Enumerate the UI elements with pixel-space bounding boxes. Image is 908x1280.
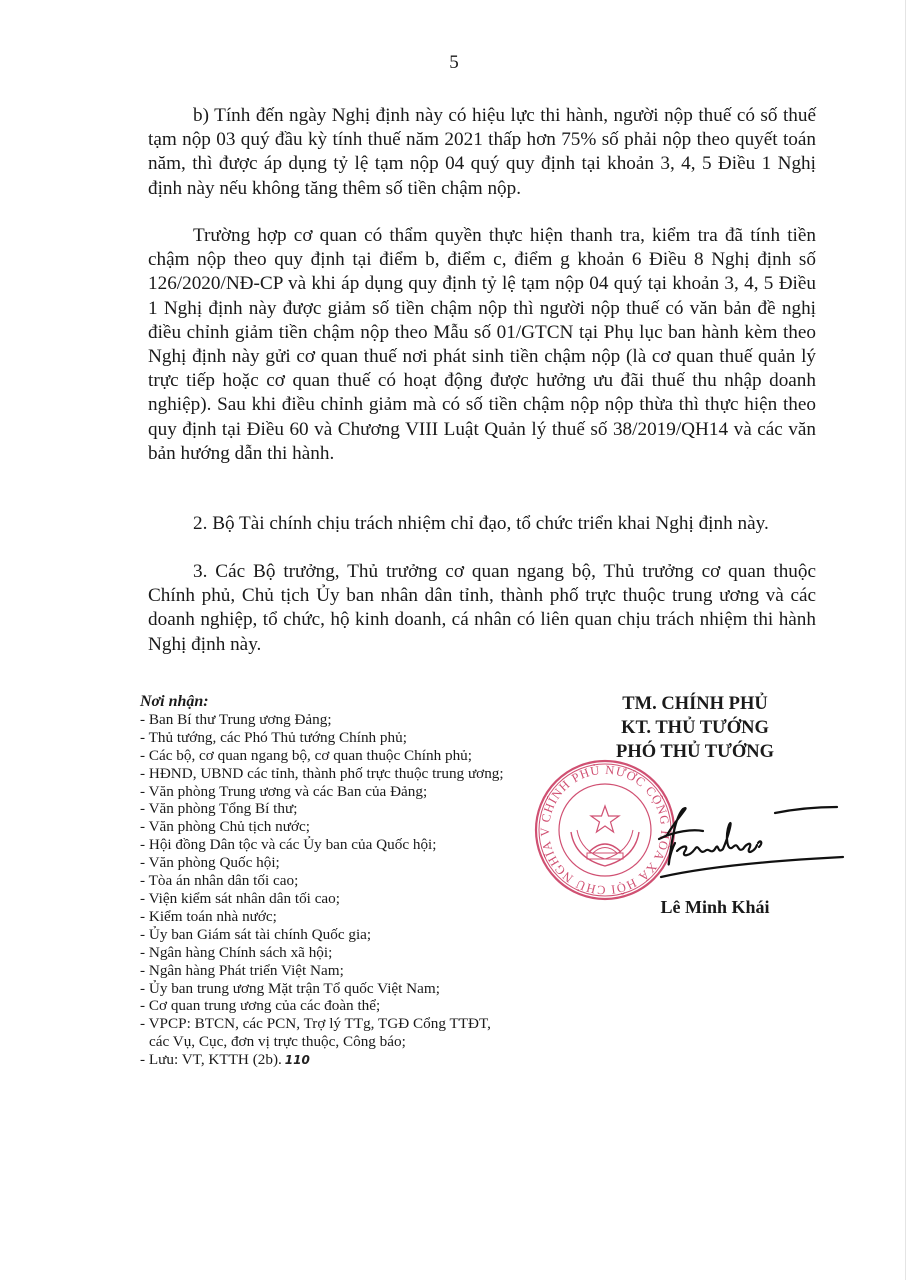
recipient-item: - Ban Bí thư Trung ương Đảng; [140,711,504,729]
signature-title-line: KT. THỦ TƯỚNG [560,716,830,740]
handwritten-copy-count: 110 [285,1053,310,1067]
recipient-item: - Các bộ, cơ quan ngang bộ, cơ quan thuộ… [140,747,504,765]
paragraph-text: 2. Bộ Tài chính chịu trách nhiệm chỉ đạo… [148,512,816,536]
recipient-item: - Hội đồng Dân tộc và các Ủy ban của Quố… [140,836,504,854]
page-edge [905,0,906,1280]
paragraph-b: b) Tính đến ngày Nghị định này có hiệu l… [148,104,816,201]
recipient-item: - Thủ tướng, các Phó Thủ tướng Chính phủ… [140,729,504,747]
recipient-item: - Ngân hàng Chính sách xã hội; [140,944,504,962]
recipient-item: - Ủy ban Giám sát tài chính Quốc gia; [140,926,504,944]
handwritten-signature-icon [645,795,845,895]
recipient-item: - VPCP: BTCN, các PCN, Trợ lý TTg, TGĐ C… [140,1015,504,1033]
recipient-item: - Tòa án nhân dân tối cao; [140,872,504,890]
page-number: 5 [0,52,908,74]
recipients-title: Nơi nhận: [140,693,504,711]
paragraph-2: 2. Bộ Tài chính chịu trách nhiệm chỉ đạo… [148,512,816,536]
recipient-item-archive: - Lưu: VT, KTTH (2b).110 [140,1051,504,1070]
recipient-item: - Văn phòng Chủ tịch nước; [140,818,504,836]
recipient-item: - Ngân hàng Phát triển Việt Nam; [140,962,504,980]
recipient-item-continuation: các Vụ, Cục, đơn vị trực thuộc, Công báo… [140,1033,504,1051]
recipient-item: - Văn phòng Trung ương và các Ban của Đả… [140,783,504,801]
paragraph-inspection: Trường hợp cơ quan có thẩm quyền thực hi… [148,224,816,466]
recipient-item: - Kiểm toán nhà nước; [140,908,504,926]
recipient-item: - Ủy ban trung ương Mặt trận Tổ quốc Việ… [140,980,504,998]
recipient-item: - Văn phòng Quốc hội; [140,854,504,872]
paragraph-text: Trường hợp cơ quan có thẩm quyền thực hi… [148,224,816,466]
paragraph-text: 3. Các Bộ trưởng, Thủ trưởng cơ quan nga… [148,560,816,657]
recipient-item: - Cơ quan trung ương của các đoàn thể; [140,997,504,1015]
recipient-item: - HĐND, UBND các tỉnh, thành phố trực th… [140,765,504,783]
recipient-item: - Lưu: VT, KTTH (2b). [140,1051,282,1068]
signature-title-line: TM. CHÍNH PHỦ [560,692,830,716]
paragraph-text: b) Tính đến ngày Nghị định này có hiệu l… [148,104,816,201]
signature-title-block: TM. CHÍNH PHỦ KT. THỦ TƯỚNG PHÓ THỦ TƯỚN… [560,692,830,764]
recipient-item: - Văn phòng Tổng Bí thư; [140,800,504,818]
recipients-list: Nơi nhận: - Ban Bí thư Trung ương Đảng; … [140,693,504,1070]
paragraph-3: 3. Các Bộ trưởng, Thủ trưởng cơ quan nga… [148,560,816,657]
recipient-item: - Viện kiểm sát nhân dân tối cao; [140,890,504,908]
signatory-name: Lê Minh Khái [600,897,830,918]
